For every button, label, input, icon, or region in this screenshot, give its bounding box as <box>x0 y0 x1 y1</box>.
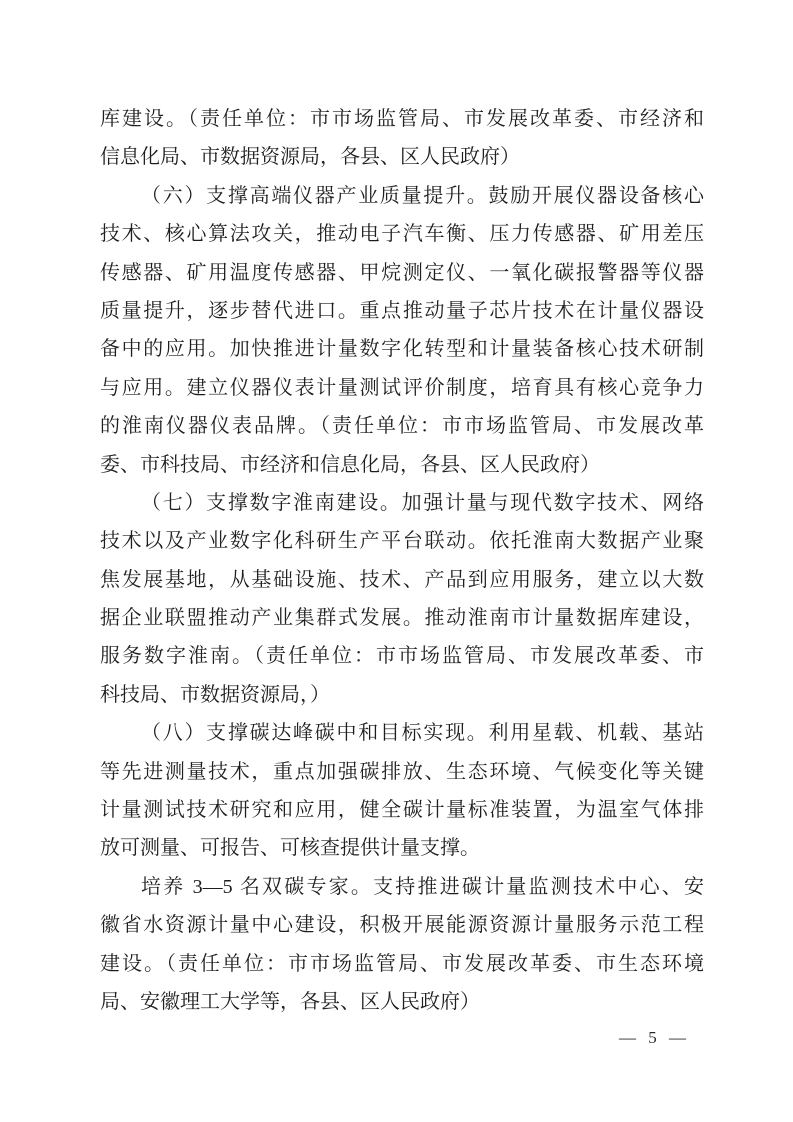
page-number: — 5 — <box>619 1028 690 1048</box>
text-line: 局、安徽理工大学等，各县、区人民政府） <box>100 983 704 1021</box>
paragraph-item-8: （八）支撑碳达峰碳中和目标实现。利用星载、机载、基站 等先进测量技术，重点加强碳… <box>100 714 704 868</box>
text-line: 信息化局、市数据资源局，各县、区人民政府） <box>100 138 704 176</box>
text-line: 徽省水资源计量中心建设，积极开展能源资源计量服务示范工程 <box>100 906 704 944</box>
text-line: 委、市科技局、市经济和信息化局，各县、区人民政府） <box>100 446 704 484</box>
paragraph-item-7: （七）支撑数字淮南建设。加强计量与现代数字技术、网络 技术以及产业数字化科研生产… <box>100 484 704 714</box>
text-line: 科技局、市数据资源局，） <box>100 676 704 714</box>
paragraph-carbon-experts: 培养 3—5 名双碳专家。支持推进碳计量监测技术中心、安 徽省水资源计量中心建设… <box>100 868 704 1022</box>
text-line: 质量提升，逐步替代进口。重点推动量子芯片技术在计量仪器设 <box>100 292 704 330</box>
text-line: 备中的应用。加快推进计量数字化转型和计量装备核心技术研制 <box>100 330 704 368</box>
text-line: （八）支撑碳达峰碳中和目标实现。利用星载、机载、基站 <box>100 714 704 752</box>
text-line: 库建设。（责任单位：市市场监管局、市发展改革委、市经济和 <box>100 100 704 138</box>
text-line: 焦发展基地，从基础设施、技术、产品到应用服务，建立以大数 <box>100 561 704 599</box>
text-line: （六）支撑高端仪器产业质量提升。鼓励开展仪器设备核心 <box>100 177 704 215</box>
paragraph-continuation: 库建设。（责任单位：市市场监管局、市发展改革委、市经济和 信息化局、市数据资源局… <box>100 100 704 177</box>
text-line: 的淮南仪器仪表品牌。（责任单位：市市场监管局、市发展改革 <box>100 407 704 445</box>
text-line: 培养 3—5 名双碳专家。支持推进碳计量监测技术中心、安 <box>100 868 704 906</box>
text-line: 与应用。建立仪器仪表计量测试评价制度，培育具有核心竞争力 <box>100 369 704 407</box>
text-line: 技术、核心算法攻关，推动电子汽车衡、压力传感器、矿用差压 <box>100 215 704 253</box>
text-line: 传感器、矿用温度传感器、甲烷测定仪、一氧化碳报警器等仪器 <box>100 254 704 292</box>
text-line: 据企业联盟推动产业集群式发展。推动淮南市计量数据库建设， <box>100 599 704 637</box>
document-page: 库建设。（责任单位：市市场监管局、市发展改革委、市经济和 信息化局、市数据资源局… <box>0 0 793 1122</box>
text-line: 技术以及产业数字化科研生产平台联动。依托淮南大数据产业聚 <box>100 522 704 560</box>
text-line: 服务数字淮南。（责任单位：市市场监管局、市发展改革委、市 <box>100 637 704 675</box>
text-line: 放可测量、可报告、可核查提供计量支撑。 <box>100 829 704 867</box>
paragraph-item-6: （六）支撑高端仪器产业质量提升。鼓励开展仪器设备核心 技术、核心算法攻关，推动电… <box>100 177 704 484</box>
text-line: 等先进测量技术，重点加强碳排放、生态环境、气候变化等关键 <box>100 753 704 791</box>
text-line: 计量测试技术研究和应用，健全碳计量标准装置，为温室气体排 <box>100 791 704 829</box>
text-line: （七）支撑数字淮南建设。加强计量与现代数字技术、网络 <box>100 484 704 522</box>
text-line: 建设。（责任单位：市市场监管局、市发展改革委、市生态环境 <box>100 945 704 983</box>
document-body: 库建设。（责任单位：市市场监管局、市发展改革委、市经济和 信息化局、市数据资源局… <box>100 100 704 1021</box>
